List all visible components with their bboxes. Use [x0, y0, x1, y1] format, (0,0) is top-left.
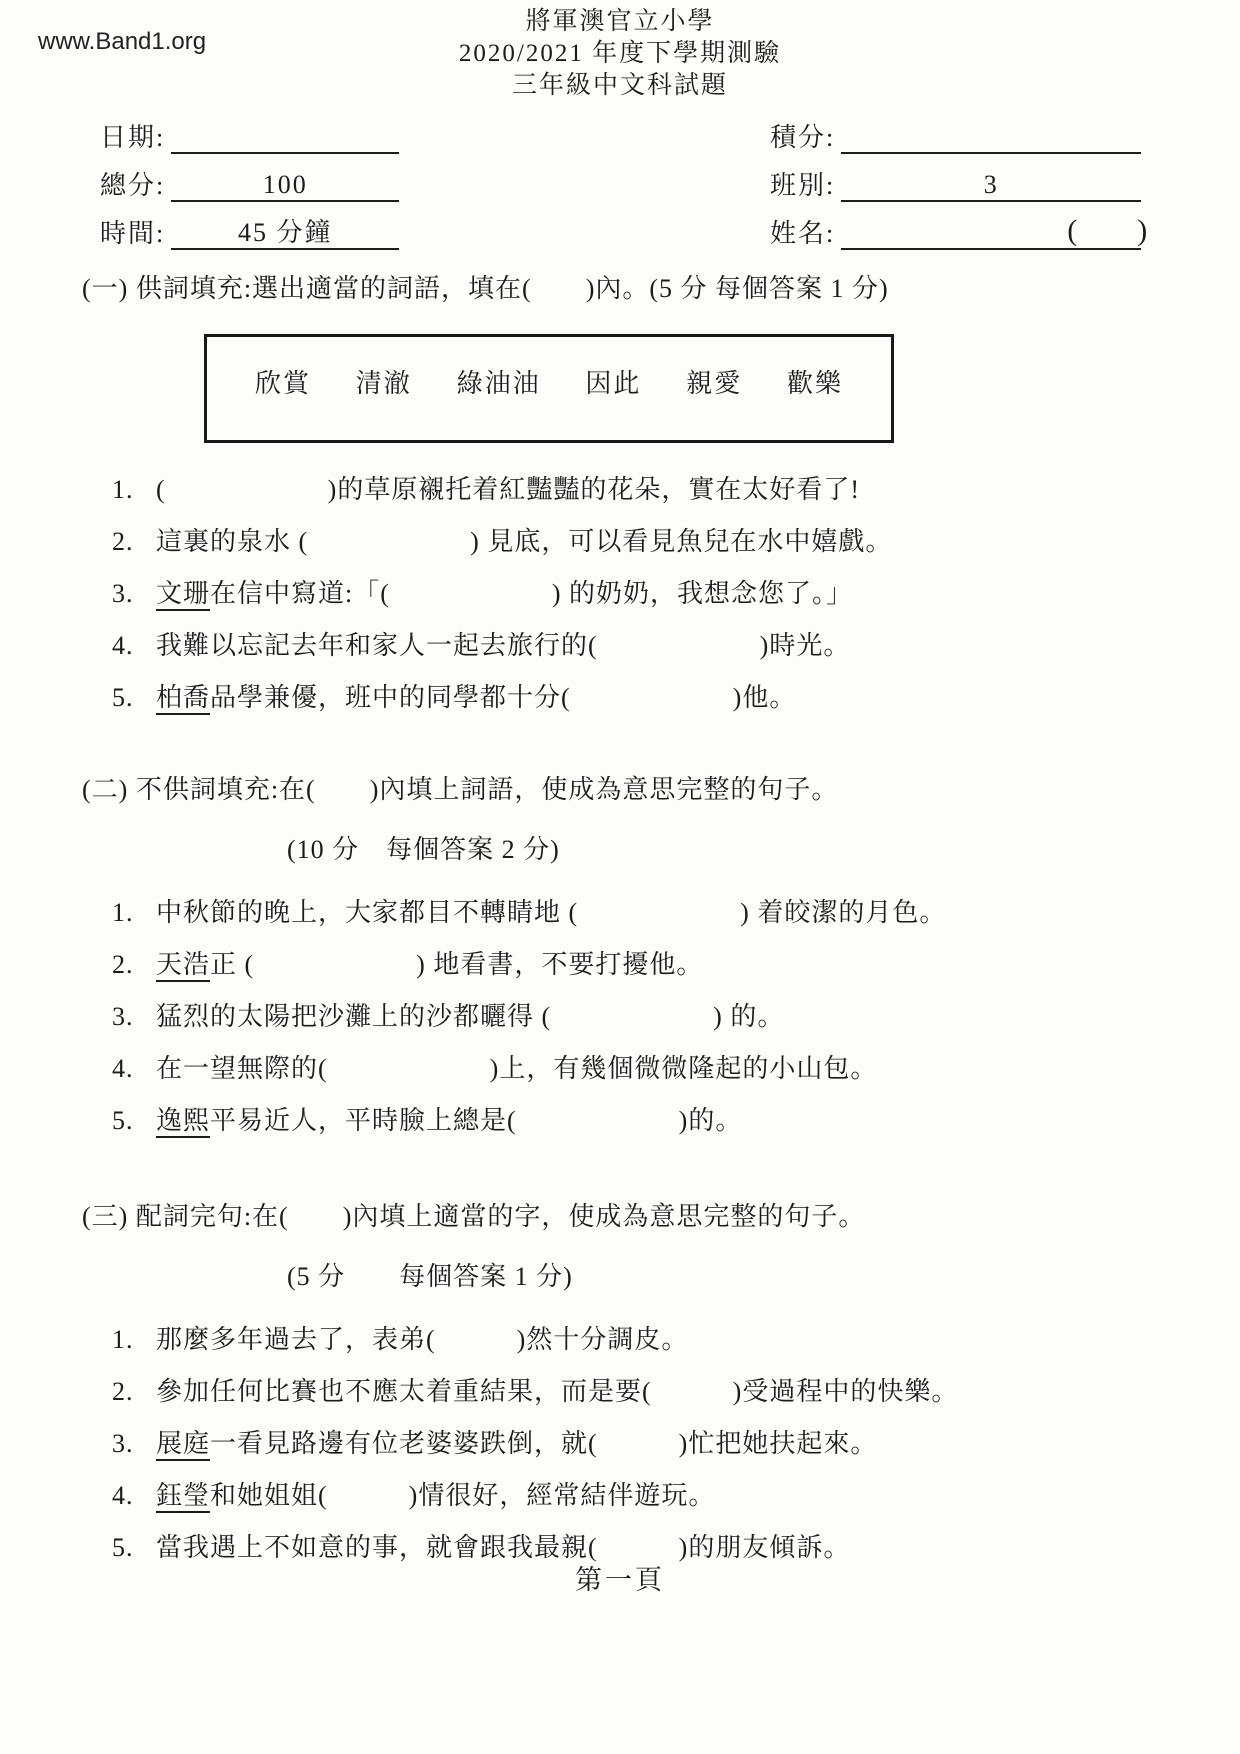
- question-text: 參加任何比賽也不應太着重結果，而是要( )受過程中的快樂。: [156, 1375, 958, 1409]
- question-row: 3. 文珊在信中寫道:「( ) 的奶奶，我想念您了。」: [82, 577, 1180, 611]
- underlined-name: 逸熙: [156, 1106, 210, 1138]
- question-row: 2. 這裏的泉水 ( ) 見底，可以看見魚兒在水中嬉戲。: [82, 525, 1180, 559]
- question-text: 鈺瑩和她姐姐( )情很好，經常結伴遊玩。: [156, 1479, 715, 1513]
- word-bank-item: 欣賞: [255, 363, 311, 400]
- date-field: 日期:: [100, 118, 635, 154]
- question-row: 5. 柏喬品學兼優，班中的同學都十分( )他。: [82, 681, 1180, 715]
- question-text: 展庭一看見路邊有位老婆婆跌倒，就( )忙把她扶起來。: [156, 1427, 877, 1461]
- question-text: 我難以忘記去年和家人一起去旅行的( )時光。: [156, 629, 850, 663]
- section-3: (三) 配詞完句:在( )內填上適當的字，使成為意思完整的句子。 (5 分 每個…: [82, 1200, 1180, 1565]
- question-body: 猛烈的太陽把沙灘上的沙都曬得 ( ) 的。: [156, 1002, 784, 1031]
- question-text: 這裏的泉水 ( ) 見底，可以看見魚兒在水中嬉戲。: [156, 525, 892, 559]
- question-text: 那麼多年過去了，表弟( )然十分調皮。: [156, 1323, 688, 1357]
- section-2: (二) 不供詞填充:在( )內填上詞語，使成為意思完整的句子。 (10 分 每個…: [82, 773, 1180, 1138]
- question-text: 中秋節的晚上，大家都目不轉睛地 ( ) 着皎潔的月色。: [156, 896, 946, 930]
- section-3-questions: 1. 那麼多年過去了，表弟( )然十分調皮。 2. 參加任何比賽也不應太着重結果…: [82, 1323, 1180, 1565]
- word-bank-item: 親愛: [686, 363, 742, 400]
- date-line: [171, 152, 399, 154]
- total-score-field: 總分: 100: [100, 166, 635, 202]
- sections-container: (一) 供詞填充:選出適當的詞語，填在( )內。(5 分 每個答案 1 分) 欣…: [82, 272, 1180, 1565]
- class-value: 3: [984, 170, 999, 199]
- name-label: 姓名:: [770, 213, 841, 250]
- total-score-line: 100: [171, 170, 399, 202]
- question-body: 這裏的泉水 ( ) 見底，可以看見魚兒在水中嬉戲。: [156, 527, 892, 556]
- question-number: 2.: [112, 948, 156, 982]
- question-row: 5. 逸熙平易近人，平時臉上總是( )的。: [82, 1104, 1180, 1138]
- page-number: 第一頁: [0, 1558, 1240, 1597]
- question-text: 在一望無際的( )上，有幾個微微隆起的小山包。: [156, 1052, 877, 1086]
- question-number: 1.: [112, 896, 156, 930]
- section-1-questions: 1. ( )的草原襯托着紅豔豔的花朵，實在太好看了! 2. 這裏的泉水 ( ) …: [82, 473, 1180, 715]
- score-line: [841, 152, 1141, 154]
- question-body: 我難以忘記去年和家人一起去旅行的( )時光。: [156, 631, 850, 660]
- underlined-name: 文珊: [156, 579, 210, 611]
- question-text: 柏喬品學兼優，班中的同學都十分( )他。: [156, 681, 796, 715]
- question-body: 和她姐姐( )情很好，經常結伴遊玩。: [210, 1481, 715, 1510]
- question-body: ( )的草原襯托着紅豔豔的花朵，實在太好看了!: [156, 475, 860, 504]
- info-grid: 日期: 積分: 總分: 100 班別: 3 時間: 45 分鐘 姓名: ( ): [100, 118, 1170, 250]
- question-body: 參加任何比賽也不應太着重結果，而是要( )受過程中的快樂。: [156, 1377, 958, 1406]
- question-row: 4. 鈺瑩和她姐姐( )情很好，經常結伴遊玩。: [82, 1479, 1180, 1513]
- section-1-heading: (一) 供詞填充:選出適當的詞語，填在( )內。(5 分 每個答案 1 分): [82, 272, 1180, 306]
- time-value: 45 分鐘: [238, 218, 333, 247]
- name-paren-suffix: ( ): [1067, 216, 1147, 246]
- class-field: 班別: 3: [635, 166, 1170, 202]
- underlined-name: 鈺瑩: [156, 1481, 210, 1513]
- question-text: 逸熙平易近人，平時臉上總是( )的。: [156, 1104, 742, 1138]
- question-number: 5.: [112, 1104, 156, 1138]
- question-text: 天浩正 ( ) 地看書，不要打擾他。: [156, 948, 703, 982]
- question-text: 猛烈的太陽把沙灘上的沙都曬得 ( ) 的。: [156, 1000, 784, 1034]
- class-line: 3: [841, 170, 1141, 202]
- score-label: 積分:: [770, 117, 841, 154]
- underlined-name: 天浩: [156, 950, 210, 982]
- question-row: 1. ( )的草原襯托着紅豔豔的花朵，實在太好看了!: [82, 473, 1180, 507]
- question-number: 2.: [112, 525, 156, 559]
- question-body: 在一望無際的( )上，有幾個微微隆起的小山包。: [156, 1054, 877, 1083]
- name-line: ( ): [841, 248, 1141, 250]
- question-body: 平易近人，平時臉上總是( )的。: [210, 1106, 742, 1135]
- question-number: 4.: [112, 1479, 156, 1513]
- question-row: 1. 中秋節的晚上，大家都目不轉睛地 ( ) 着皎潔的月色。: [82, 896, 1180, 930]
- question-body: 那麼多年過去了，表弟( )然十分調皮。: [156, 1325, 688, 1354]
- section-3-heading: (三) 配詞完句:在( )內填上適當的字，使成為意思完整的句子。: [82, 1200, 1180, 1234]
- question-row: 2. 參加任何比賽也不應太着重結果，而是要( )受過程中的快樂。: [82, 1375, 1180, 1409]
- question-body: 在信中寫道:「( ) 的奶奶，我想念您了。」: [210, 579, 853, 608]
- class-label: 班別:: [770, 165, 841, 202]
- question-number: 2.: [112, 1375, 156, 1409]
- question-number: 3.: [112, 1000, 156, 1034]
- watermark: www.Band1.org: [38, 28, 206, 56]
- question-number: 3.: [112, 1427, 156, 1461]
- section-2-heading: (二) 不供詞填充:在( )內填上詞語，使成為意思完整的句子。: [82, 773, 1180, 807]
- question-number: 4.: [112, 629, 156, 663]
- score-field: 積分:: [635, 118, 1170, 154]
- word-bank-box: 欣賞 清澈 綠油油 因此 親愛 歡樂: [204, 334, 894, 443]
- question-body: 一看見路邊有位老婆婆跌倒，就( )忙把她扶起來。: [210, 1429, 877, 1458]
- section-3-subheading: (5 分 每個答案 1 分): [287, 1256, 1180, 1293]
- question-row: 3. 猛烈的太陽把沙灘上的沙都曬得 ( ) 的。: [82, 1000, 1180, 1034]
- question-row: 2. 天浩正 ( ) 地看書，不要打擾他。: [82, 948, 1180, 982]
- question-row: 4. 在一望無際的( )上，有幾個微微隆起的小山包。: [82, 1052, 1180, 1086]
- time-label: 時間:: [100, 213, 171, 250]
- question-body: 正 ( ) 地看書，不要打擾他。: [210, 950, 703, 979]
- word-bank-item: 歡樂: [787, 363, 843, 400]
- word-bank-item: 清澈: [356, 363, 412, 400]
- section-2-questions: 1. 中秋節的晚上，大家都目不轉睛地 ( ) 着皎潔的月色。 2. 天浩正 ( …: [82, 896, 1180, 1138]
- question-row: 1. 那麼多年過去了，表弟( )然十分調皮。: [82, 1323, 1180, 1357]
- date-label: 日期:: [100, 117, 171, 154]
- question-number: 1.: [112, 473, 156, 507]
- question-row: 4. 我難以忘記去年和家人一起去旅行的( )時光。: [82, 629, 1180, 663]
- underlined-name: 展庭: [156, 1429, 210, 1461]
- time-field: 時間: 45 分鐘: [100, 214, 635, 250]
- exam-page: { "watermark": "www.Band1.org", "header"…: [0, 0, 1240, 1754]
- question-body: 品學兼優，班中的同學都十分( )他。: [210, 683, 796, 712]
- word-bank-item: 因此: [585, 363, 641, 400]
- word-bank-item: 綠油油: [457, 363, 541, 400]
- question-number: 1.: [112, 1323, 156, 1357]
- question-text: 文珊在信中寫道:「( ) 的奶奶，我想念您了。」: [156, 577, 853, 611]
- name-field: 姓名: ( ): [635, 214, 1170, 250]
- question-number: 3.: [112, 577, 156, 611]
- question-number: 5.: [112, 681, 156, 715]
- time-line: 45 分鐘: [171, 218, 399, 250]
- question-number: 4.: [112, 1052, 156, 1086]
- total-score-value: 100: [263, 170, 308, 199]
- exam-title: 三年級中文科試題: [0, 70, 1240, 102]
- question-text: ( )的草原襯托着紅豔豔的花朵，實在太好看了!: [156, 473, 860, 507]
- section-1: (一) 供詞填充:選出適當的詞語，填在( )內。(5 分 每個答案 1 分) 欣…: [82, 272, 1180, 715]
- question-row: 3. 展庭一看見路邊有位老婆婆跌倒，就( )忙把她扶起來。: [82, 1427, 1180, 1461]
- question-body: 中秋節的晚上，大家都目不轉睛地 ( ) 着皎潔的月色。: [156, 898, 946, 927]
- section-2-subheading: (10 分 每個答案 2 分): [287, 829, 1180, 866]
- underlined-name: 柏喬: [156, 683, 210, 715]
- total-score-label: 總分:: [100, 165, 171, 202]
